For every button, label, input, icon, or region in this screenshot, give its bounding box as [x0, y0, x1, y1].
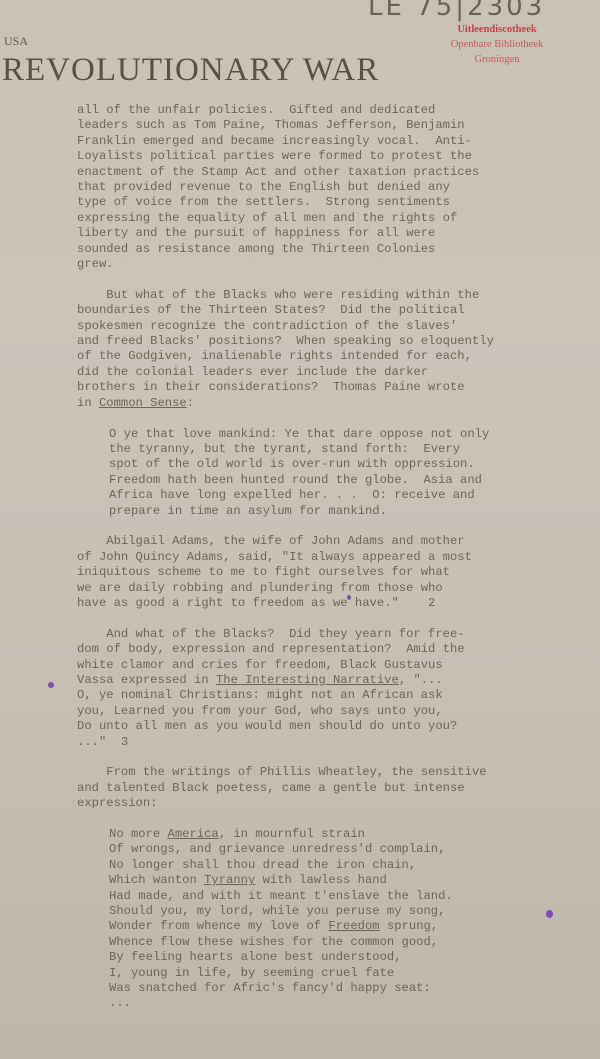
emphasized-word: Tyranny	[204, 873, 255, 887]
text-line: iniquitous scheme to me to fight ourselv…	[77, 565, 557, 580]
text-line: sounded as resistance among the Thirteen…	[77, 242, 557, 257]
text-line: liberty and the pursuit of happiness for…	[77, 226, 557, 241]
poem: No more America, in mournful strainOf wr…	[77, 827, 557, 1012]
text-line: leaders such as Tom Paine, Thomas Jeffer…	[77, 118, 557, 133]
stamp-line: Openbare Bibliotheek	[422, 37, 572, 52]
text-line: have as good a right to freedom as we ha…	[77, 596, 557, 611]
text-line: brothers in their considerations? Thomas…	[77, 380, 557, 395]
text-line: expression:	[77, 796, 557, 811]
block-quote: O ye that love mankind: Ye that dare opp…	[77, 427, 557, 519]
poem-line: Which wanton Tyranny with lawless hand	[109, 873, 557, 888]
ink-speck	[546, 910, 553, 918]
poem-line: Of wrongs, and grievance unredress'd com…	[109, 842, 557, 857]
text-line: Freedom hath been hunted round the globe…	[109, 473, 557, 488]
document-page: USA REVOLUTIONARY WAR LE 75|2303 Uitleen…	[0, 0, 600, 1059]
ink-speck	[347, 595, 351, 600]
poem-line: Was snatched for Afric's fancy'd happy s…	[109, 981, 557, 996]
text-line: did the colonial leaders ever include th…	[77, 365, 557, 380]
poem-line: I, young in life, by seeming cruel fate	[109, 966, 557, 981]
catalog-number: LE 75|2303	[368, 0, 545, 22]
poem-line: No more America, in mournful strain	[109, 827, 557, 842]
text-line: enactment of the Stamp Act and other tax…	[77, 165, 557, 180]
text-line: prepare in time an asylum for mankind.	[109, 504, 557, 519]
text-line: Vassa expressed in The Interesting Narra…	[77, 673, 557, 688]
country-label: USA	[4, 34, 28, 49]
paragraph-gap	[77, 812, 557, 827]
text-line: the tyranny, but the tyrant, stand forth…	[109, 442, 557, 457]
text-line: in Common Sense:	[77, 396, 557, 411]
text-line: white clamor and cries for freedom, Blac…	[77, 658, 557, 673]
text-line: Do unto all men as you would men should …	[77, 719, 557, 734]
text-line: type of voice from the settlers. Strong …	[77, 195, 557, 210]
paragraph: But what of the Blacks who were residing…	[77, 288, 557, 411]
text-line: Africa have long expelled her. . . O: re…	[109, 488, 557, 503]
text-line: From the writings of Phillis Wheatley, t…	[77, 765, 557, 780]
paragraph: all of the unfair policies. Gifted and d…	[77, 103, 557, 272]
text-line: you, Learned you from your God, who says…	[77, 704, 557, 719]
text-line: Abilgail Adams, the wife of John Adams a…	[77, 534, 557, 549]
text-line: of the Godgiven, inalienable rights inte…	[77, 349, 557, 364]
text-line: and talented Black poetess, came a gentl…	[77, 781, 557, 796]
paragraph-gap	[77, 750, 557, 765]
poem-line: By feeling hearts alone best understood,	[109, 950, 557, 965]
text-line: grew.	[77, 257, 557, 272]
poem-line: No longer shall thou dread the iron chai…	[109, 858, 557, 873]
ink-speck	[48, 682, 54, 688]
stamp-line: Groningen	[422, 52, 572, 67]
text-line: spot of the old world is over-run with o…	[109, 457, 557, 472]
text-line: we are daily robbing and plundering from…	[77, 581, 557, 596]
paragraph: Abilgail Adams, the wife of John Adams a…	[77, 534, 557, 611]
library-stamp: Uitleendiscotheek Openbare Bibliotheek G…	[422, 22, 572, 67]
poem-line: Wonder from whence my love of Freedom sp…	[109, 919, 557, 934]
text-line: all of the unfair policies. Gifted and d…	[77, 103, 557, 118]
poem-line: Had made, and with it meant t'enslave th…	[109, 889, 557, 904]
paragraph-gap	[77, 519, 557, 534]
poem-line: Whence flow these wishes for the common …	[109, 935, 557, 950]
text-line: and freed Blacks' positions? When speaki…	[77, 334, 557, 349]
paragraph-gap	[77, 272, 557, 287]
text-line: O ye that love mankind: Ye that dare opp…	[109, 427, 557, 442]
text-line: of John Quincy Adams, said, "It always a…	[77, 550, 557, 565]
paragraph-gap	[77, 411, 557, 426]
text-line: And what of the Blacks? Did they yearn f…	[77, 627, 557, 642]
poem-line: Should you, my lord, while you peruse my…	[109, 904, 557, 919]
paragraph: From the writings of Phillis Wheatley, t…	[77, 765, 557, 811]
text-line: boundaries of the Thirteen States? Did t…	[77, 303, 557, 318]
emphasized-word: America	[168, 827, 219, 841]
text-line: But what of the Blacks who were residing…	[77, 288, 557, 303]
text-line: that provided revenue to the English but…	[77, 180, 557, 195]
text-line: ..." 3	[77, 735, 557, 750]
stamp-line: Uitleendiscotheek	[422, 22, 572, 37]
text-line: expressing the equality of all men and t…	[77, 211, 557, 226]
paragraph: And what of the Blacks? Did they yearn f…	[77, 627, 557, 750]
text-line: Loyalists political parties were formed …	[77, 149, 557, 164]
emphasized-word: Freedom	[328, 919, 379, 933]
text-line: dom of body, expression and representati…	[77, 642, 557, 657]
text-line: O, ye nominal Christians: might not an A…	[77, 688, 557, 703]
poem-line: ...	[109, 996, 557, 1011]
text-line: Franklin emerged and became increasingly…	[77, 134, 557, 149]
book-title: Common Sense	[99, 396, 187, 410]
text-line: spokesmen recognize the contradiction of…	[77, 319, 557, 334]
typewritten-body: all of the unfair policies. Gifted and d…	[77, 103, 557, 1012]
page-title: REVOLUTIONARY WAR	[2, 52, 379, 89]
book-title: The Interesting Narrative	[216, 673, 399, 687]
paragraph-gap	[77, 611, 557, 626]
